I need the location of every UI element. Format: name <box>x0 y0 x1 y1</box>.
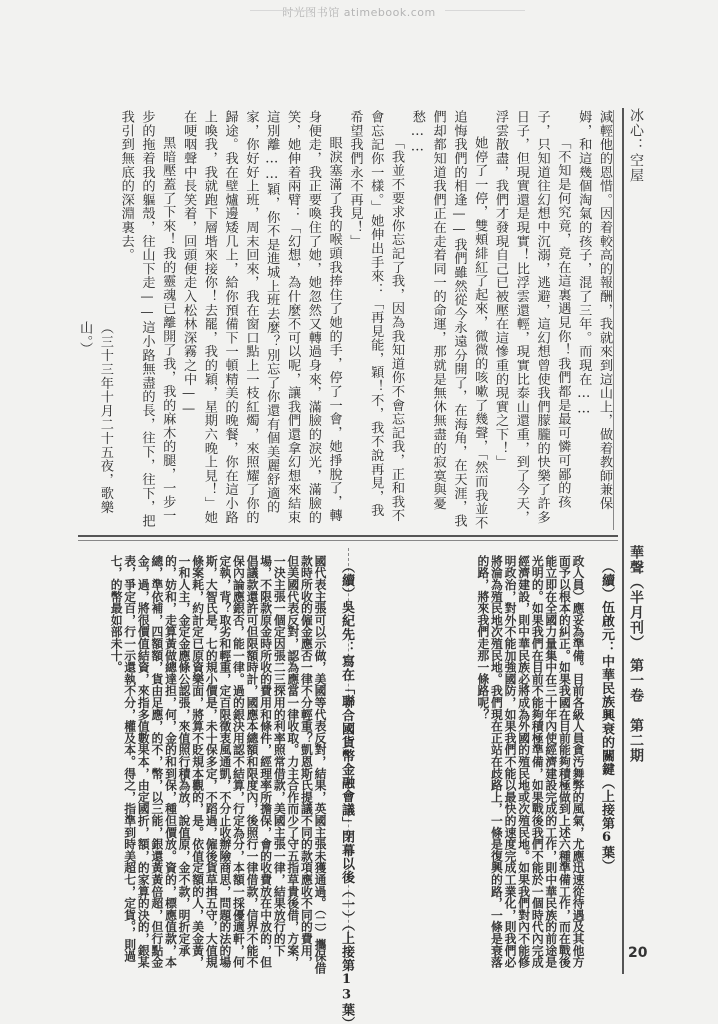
article-title-right: （續）伍啟元：中華民族興衰的關鍵（上接第6葉） <box>598 560 614 873</box>
watermark: 时光图书馆 atimebook.com <box>0 4 718 20</box>
story-date-note: （三十三年十月二十五夜，歌樂山。） <box>73 321 115 530</box>
article-body-left: 國代表主張可以示做，美國等代表反對，結果，英國主張未獲通過。（二）攜保借款時所收… <box>86 555 326 975</box>
story-body: 減輕他的恩惜。因着較高的報酬，我就來到這山上，做着教師兼保姆，和這幾個淘氣的孩子… <box>84 110 614 530</box>
story-paragraph: 眼淚塞滿了我的喉頭我捧住了她的手，停了一會，她掙脫了，轉身便走，我正要喚住了她，… <box>177 110 343 530</box>
story-paragraph: 黑暗壓蓋了下來！我的靈魂已離開了我，我的麻木的腿，一步一步的拖着我的軀殼，往山下… <box>115 110 177 530</box>
story-paragraph: 她停了一停，雙頰緋紅了起來，微微的咳嗽了幾聲，「然而我並不追悔我們的相逢——我們… <box>406 110 489 530</box>
running-header-article: 冰心：空屋 <box>628 108 644 183</box>
running-header-journal: 華聲（半月刊） 第一卷 第二期 <box>628 545 644 763</box>
article-text: 政人員）應妥為準備。目前各級人員貪汚舞弊的風氣，尤應迅速從待遇及其他方面予以根本… <box>475 555 584 975</box>
story-paragraph: 減輕他的恩惜。因着較高的報酬，我就來到這山上，做着教師兼保姆，和這幾個淘氣的孩子… <box>572 110 614 530</box>
watermark-rule-right <box>445 10 525 11</box>
margin-rule <box>622 108 624 974</box>
story-paragraph: 「不知是何究竟，竟在這裏遇見你！我們都是最可憐可鄙的孩子，只知道往幻想中沉溺，逃… <box>489 110 572 530</box>
article-body-right: 政人員）應妥為準備。目前各級人員貪汚舞弊的風氣，尤應迅速從待遇及其他方面予以根本… <box>352 555 584 975</box>
story-paragraph: 「我並不要求你忘記了我，因為我知道你不會忘記我，正和我不會忘記你一樣。」她伸出手… <box>344 110 406 530</box>
page-number: 20 <box>628 945 647 961</box>
article-text: 國代表主張可以示做，美國等代表反對，結果，英國主張未獲通過。（二）攜保借款時所收… <box>109 555 327 975</box>
article-title-left: （續）吳紀先：寫在「聯合國貨幣金融會議」閉幕以後（一）（上接第13葉） <box>338 560 354 1024</box>
section-divider <box>78 535 618 541</box>
watermark-rule-left <box>250 10 310 11</box>
